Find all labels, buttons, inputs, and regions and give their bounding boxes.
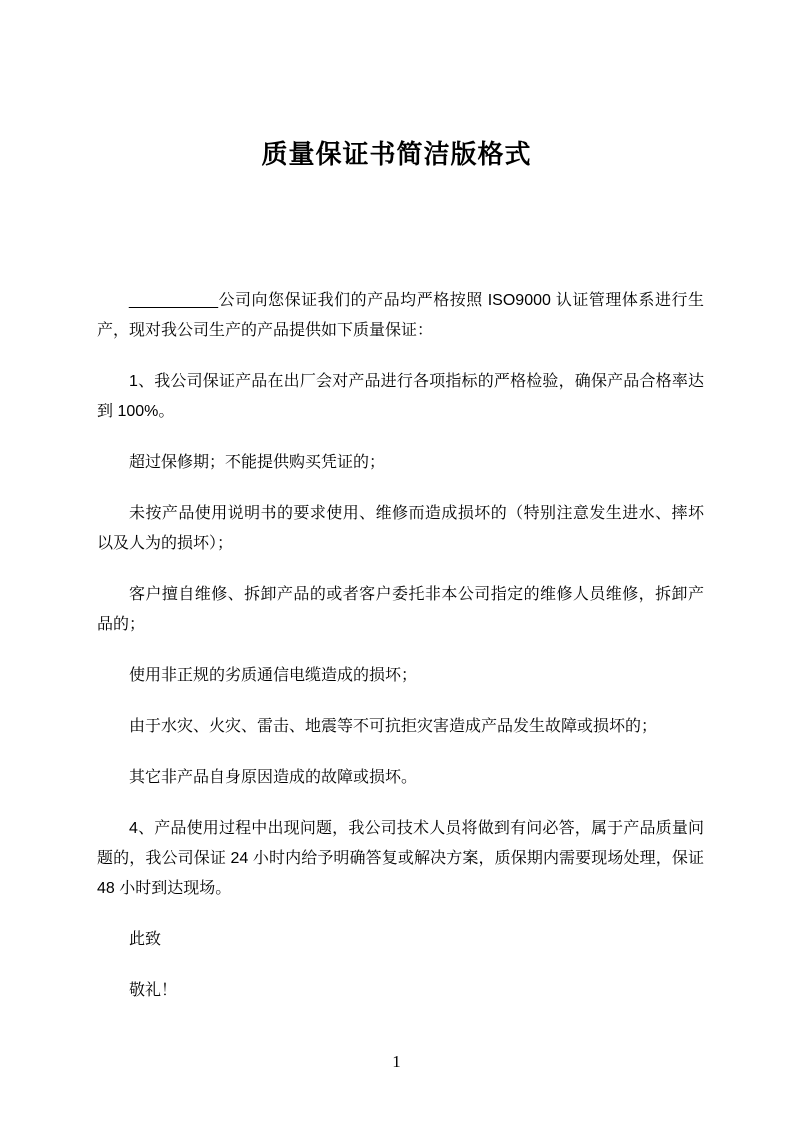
- paragraph-item-4: 4、产品使用过程中出现问题，我公司技术人员将做到有问必答，属于产品质量问题的，我…: [97, 814, 704, 904]
- document-page: 质量保证书简洁版格式 __________公司向您保证我们的产品均严格按照 IS…: [0, 0, 793, 1122]
- paragraph-clause-other: 其它非产品自身原因造成的故障或损坏。: [97, 763, 704, 793]
- paragraph-clause-unauthorized-repair: 客户擅自维修、拆卸产品的或者客户委托非本公司指定的维修人员维修，拆卸产品的；: [97, 580, 704, 640]
- paragraph-clause-disaster: 由于水灾、火灾、雷击、地震等不可抗拒灾害造成产品发生故障或损坏的；: [97, 712, 704, 742]
- paragraph-intro: __________公司向您保证我们的产品均严格按照 ISO9000 认证管理体…: [97, 286, 704, 346]
- paragraph-closing-jingli: 敬礼！: [97, 976, 704, 1006]
- page-number: 1: [0, 1051, 793, 1073]
- paragraph-clause-misuse: 未按产品使用说明书的要求使用、维修而造成损坏的（特别注意发生进水、摔坏以及人为的…: [97, 499, 704, 559]
- document-body: __________公司向您保证我们的产品均严格按照 ISO9000 认证管理体…: [97, 286, 704, 1006]
- paragraph-clause-bad-cable: 使用非正规的劣质通信电缆造成的损坏；: [97, 661, 704, 691]
- paragraph-clause-expiry: 超过保修期；不能提供购买凭证的；: [97, 448, 704, 478]
- paragraph-closing-cizhi: 此致: [97, 925, 704, 955]
- paragraph-item-1: 1、我公司保证产品在出厂会对产品进行各项指标的严格检验，确保产品合格率达到 10…: [97, 367, 704, 427]
- document-title: 质量保证书简洁版格式: [0, 136, 793, 172]
